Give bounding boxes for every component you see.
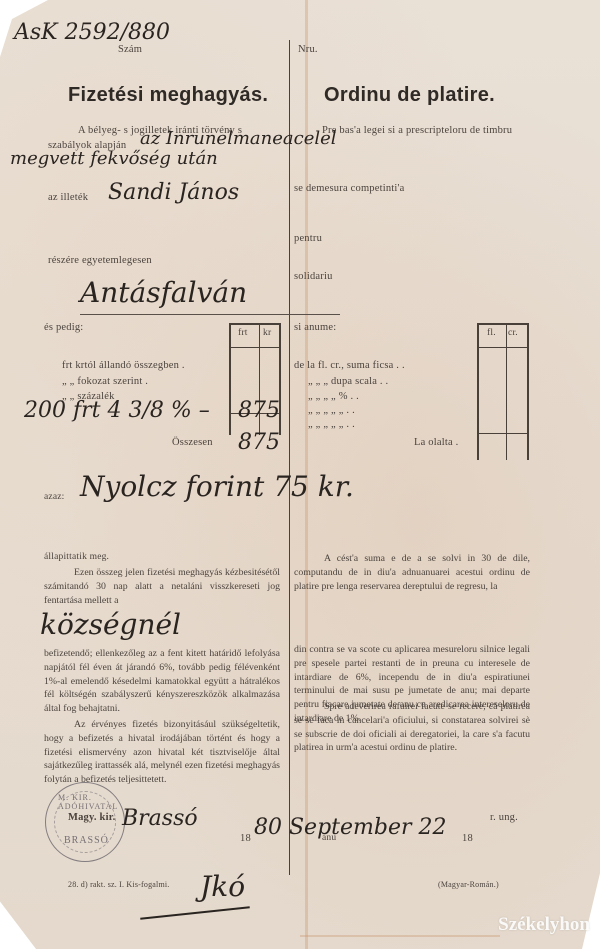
allapittatik-label: állapittatik meg. bbox=[44, 552, 109, 562]
year-prefix-hu: 18 bbox=[240, 833, 251, 844]
handwritten-amount-words: Nyolcz forint 75 kr. bbox=[80, 470, 354, 503]
es-pedig-label: és pedig: bbox=[44, 322, 83, 333]
se-demesura-label: se demesura competinti'a bbox=[294, 183, 405, 194]
handwritten-basis-1: az Inrunelmaneacelel bbox=[140, 128, 337, 149]
stamp-ring-text: M. KIR. ADÓHIVATAL bbox=[58, 793, 124, 811]
paragraph-ro-3: Spre adeverirea rafuirei facute se recer… bbox=[294, 700, 530, 755]
fee-table-ro bbox=[477, 323, 529, 460]
handwritten-office: községnél bbox=[40, 608, 181, 641]
fee-row-ro-3: „ „ „ „ % . . bbox=[308, 391, 359, 402]
place-underline bbox=[80, 314, 340, 315]
fee-row-ro-2: „ „ „ dupa scala . . bbox=[308, 376, 388, 387]
intro-ro-line1: Pre bas'a legei si a prescripteloru de t… bbox=[322, 125, 512, 136]
magy-kir-label: Magy. kir. bbox=[68, 812, 115, 823]
reszere-label: részére egyetemlegesen bbox=[48, 255, 152, 266]
fl-header: fl. bbox=[487, 328, 496, 338]
watermark-logo: Székelyhon bbox=[498, 914, 590, 936]
frt-header: frt bbox=[238, 328, 248, 338]
handwritten-signature: Jkó bbox=[200, 870, 245, 903]
anu-label: anu bbox=[322, 833, 336, 843]
illetek-label: az illeték bbox=[48, 192, 88, 203]
la-olalta-label: La olalta . bbox=[414, 437, 458, 448]
handwritten-fee-kr: 875 bbox=[238, 398, 280, 423]
fee-row-ro-1: de la fl. cr., suma ficsa . . bbox=[294, 360, 405, 371]
handwritten-basis-2: megvett fekvőség után bbox=[10, 148, 218, 169]
fee-row-ro-4: „ „ „ „ „ . . bbox=[308, 405, 355, 416]
paragraph-hu-3: Az érvényes fizetés bizonyitásául szüksé… bbox=[44, 718, 280, 787]
solidariu-label: solidariu bbox=[294, 271, 333, 282]
paragraph-ro-1: A cést'a suma e de a se solvi in 30 de d… bbox=[294, 552, 530, 593]
nru-label: Nru. bbox=[298, 44, 318, 55]
fee-row-ro-5: „ „ „ „ „ . . bbox=[308, 419, 355, 430]
szam-label: Szám bbox=[118, 44, 142, 55]
handwritten-payer-name: Sandi János bbox=[108, 180, 239, 205]
title-hungarian: Fizetési meghagyás. bbox=[68, 84, 268, 107]
year-prefix-ro: 18 bbox=[462, 833, 473, 844]
handwritten-date: 80 September 22 bbox=[254, 815, 447, 840]
si-anume-label: si anume: bbox=[294, 322, 336, 333]
osszesen-label: Összesen bbox=[172, 437, 213, 448]
handwritten-date-place: Brassó bbox=[122, 806, 198, 831]
title-romanian: Ordinu de platire. bbox=[324, 84, 495, 107]
paragraph-hu-1: Ezen összeg jelen fizetési meghagyás kéz… bbox=[44, 566, 280, 607]
pentru-label: pentru bbox=[294, 233, 322, 244]
fee-row-2: „ „ fokozat szerint . bbox=[62, 376, 148, 387]
kr-header: kr bbox=[263, 328, 271, 338]
handwritten-total-kr: 875 bbox=[238, 430, 280, 455]
footer-form-number: 28. d) rakt. sz. I. Kis-fogalmi. bbox=[68, 880, 170, 889]
footer-language: (Magyar-Román.) bbox=[438, 880, 499, 889]
azaz-label: azaz: bbox=[44, 492, 65, 502]
handwritten-place: Antásfalván bbox=[80, 276, 247, 309]
cr-header: cr. bbox=[508, 328, 518, 338]
paragraph-hu-2: befizetendő; ellenkezőleg az a fent kite… bbox=[44, 647, 280, 716]
stamp-center-text: BRASSÓ bbox=[64, 835, 109, 846]
fee-row-1: frt krtól állandó összegben . bbox=[62, 360, 185, 371]
column-divider bbox=[289, 40, 290, 875]
r-ung-label: r. ung. bbox=[490, 812, 518, 823]
fold-crease-horizontal bbox=[300, 935, 500, 937]
reference-number-handwritten: AsK 2592/880 bbox=[14, 20, 170, 45]
handwritten-fee-row: 200 frt 4 3/8 % – bbox=[24, 398, 210, 423]
